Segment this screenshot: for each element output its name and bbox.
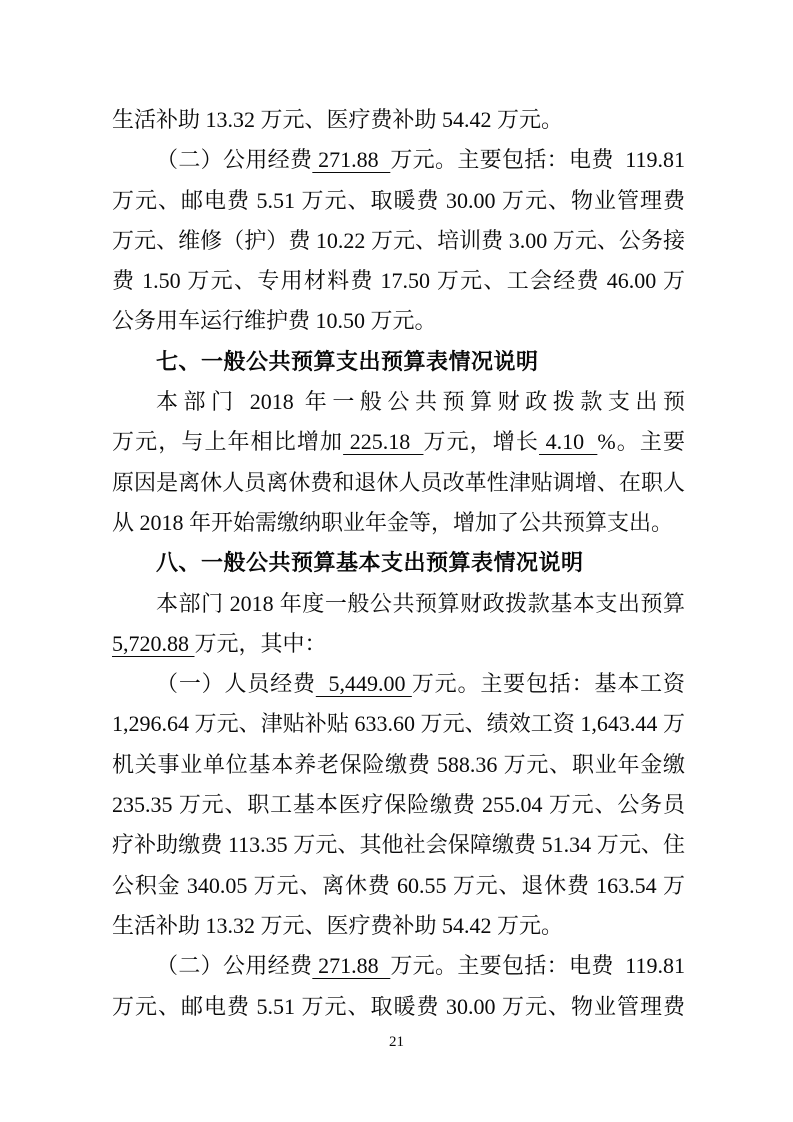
- text-segment: 疗补助缴费 113.35 万元、其他社会保障缴费 51.34 万元、住房: [112, 832, 685, 865]
- text-segment: 本部门 2018 年度一般公共预算财政拨款基本支出预算: [156, 591, 685, 616]
- para-budget-expenditure-line: 从 2018 年开始需缴纳职业年金等，增加了公共预算支出。: [112, 503, 685, 543]
- text-segment: 万元，增长: [423, 429, 539, 454]
- text-segment: 235.35 万元、职工基本医疗保险缴费 255.04 万元、公务员医: [112, 792, 685, 825]
- para-continuation-line: 生活补助 13.32 万元、医疗费补助 54.42 万元。: [112, 100, 685, 140]
- text-segment: （二）公用经费: [156, 953, 312, 978]
- para-basic-expenditure-line: 本部门 2018 年度一般公共预算财政拨款基本支出预算: [112, 584, 685, 624]
- text-segment: 公积金 340.05 万元、离休费 60.55 万元、退休费 163.54 万元…: [112, 873, 685, 906]
- text-segment: 费 1.50 万元、专用材料费 17.50 万元、工会经费 46.00 万元、: [112, 268, 685, 301]
- underlined-value: 271.88: [312, 147, 390, 172]
- text-segment: （一）人员经费: [156, 671, 316, 696]
- page-number: 21: [0, 1034, 793, 1051]
- text-segment: 万元。主要包括：电费 119.81: [390, 147, 685, 172]
- para-personnel-expense-line: （一）人员经费 5,449.00 万元。主要包括：基本工资: [112, 664, 685, 704]
- para-public-expense-line: 万元、邮电费 5.51 万元、取暖费 30.00 万元、物业管理费 27.84: [112, 181, 685, 221]
- section-heading-7: 七、一般公共预算支出预算表情况说明: [112, 342, 685, 382]
- text-segment: 公务用车运行维护费 10.50 万元。: [112, 308, 437, 333]
- section-heading-8: 八、一般公共预算基本支出预算表情况说明: [112, 543, 685, 583]
- text-segment: 万元、邮电费 5.51 万元、取暖费 30.00 万元、物业管理费 27.84: [112, 994, 685, 1027]
- para-public-expense-2-line: 万元、邮电费 5.51 万元、取暖费 30.00 万元、物业管理费 27.84: [112, 987, 685, 1027]
- para-personnel-expense-line: 公积金 340.05 万元、离休费 60.55 万元、退休费 163.54 万元…: [112, 866, 685, 906]
- text-segment: 机关事业单位基本养老保险缴费 588.36 万元、职业年金缴费: [112, 752, 685, 785]
- text-segment: %。主要: [597, 429, 685, 454]
- underlined-value: 4.10: [539, 429, 597, 454]
- text-segment: 本部门 2018 年一般公共预算财政拨款支出预算: [112, 389, 685, 422]
- text-segment: 万元，与上年相比增加: [112, 429, 343, 454]
- text-segment: 万元。主要包括：电费 119.81: [390, 953, 685, 978]
- text-segment: 生活补助 13.32 万元、医疗费补助 54.42 万元。: [112, 913, 563, 938]
- text-segment: 生活补助 13.32 万元、医疗费补助 54.42 万元。: [112, 107, 563, 132]
- underlined-value: 5,449.00: [316, 671, 412, 696]
- para-public-expense-line: 万元、维修（护）费 10.22 万元、培训费 3.00 万元、公务接待: [112, 221, 685, 261]
- para-personnel-expense-line: 235.35 万元、职工基本医疗保险缴费 255.04 万元、公务员医: [112, 785, 685, 825]
- text-segment: 八、一般公共预算基本支出预算表情况说明: [156, 550, 584, 575]
- text-segment: 万元、维修（护）费 10.22 万元、培训费 3.00 万元、公务接待: [112, 228, 685, 261]
- underlined-value: 225.18: [343, 429, 423, 454]
- para-budget-expenditure-line: 本部门 2018 年一般公共预算财政拨款支出预算 5,720.88: [112, 382, 685, 422]
- text-segment: 七、一般公共预算支出预算表情况说明: [156, 349, 539, 374]
- text-segment: 万元，其中：: [195, 631, 327, 656]
- para-personnel-expense-line: 机关事业单位基本养老保险缴费 588.36 万元、职业年金缴费: [112, 745, 685, 785]
- underlined-value: 271.88: [312, 953, 390, 978]
- para-personnel-expense-line: 1,296.64 万元、津贴补贴 633.60 万元、绩效工资 1,643.44…: [112, 704, 685, 744]
- para-budget-expenditure-line: 万元，与上年相比增加 225.18 万元，增长 4.10 %。主要: [112, 422, 685, 462]
- text-block: 生活补助 13.32 万元、医疗费补助 54.42 万元。（二）公用经费 271…: [112, 100, 685, 1027]
- underlined-value: 5,720.88: [112, 631, 195, 656]
- text-segment: 原因是离休人员离休费和退休人员改革性津贴调增、在职人员: [112, 470, 685, 503]
- text-segment: 从 2018 年开始需缴纳职业年金等，增加了公共预算支出。: [112, 510, 673, 535]
- para-public-expense-line: 费 1.50 万元、专用材料费 17.50 万元、工会经费 46.00 万元、: [112, 261, 685, 301]
- text-segment: 万元、邮电费 5.51 万元、取暖费 30.00 万元、物业管理费 27.84: [112, 188, 685, 221]
- document-page: 生活补助 13.32 万元、医疗费补助 54.42 万元。（二）公用经费 271…: [0, 0, 793, 1122]
- para-public-expense-line: 公务用车运行维护费 10.50 万元。: [112, 301, 685, 341]
- para-personnel-expense-line: 生活补助 13.32 万元、医疗费补助 54.42 万元。: [112, 906, 685, 946]
- para-public-expense-2-line: （二）公用经费 271.88 万元。主要包括：电费 119.81: [112, 946, 685, 986]
- text-segment: 万元。主要包括：基本工资: [412, 671, 685, 696]
- para-basic-expenditure-line: 5,720.88 万元，其中：: [112, 624, 685, 664]
- text-segment: （二）公用经费: [156, 147, 312, 172]
- para-personnel-expense-line: 疗补助缴费 113.35 万元、其他社会保障缴费 51.34 万元、住房: [112, 825, 685, 865]
- para-budget-expenditure-line: 原因是离休人员离休费和退休人员改革性津贴调增、在职人员: [112, 463, 685, 503]
- para-public-expense-line: （二）公用经费 271.88 万元。主要包括：电费 119.81: [112, 140, 685, 180]
- text-segment: 1,296.64 万元、津贴补贴 633.60 万元、绩效工资 1,643.44…: [112, 711, 685, 744]
